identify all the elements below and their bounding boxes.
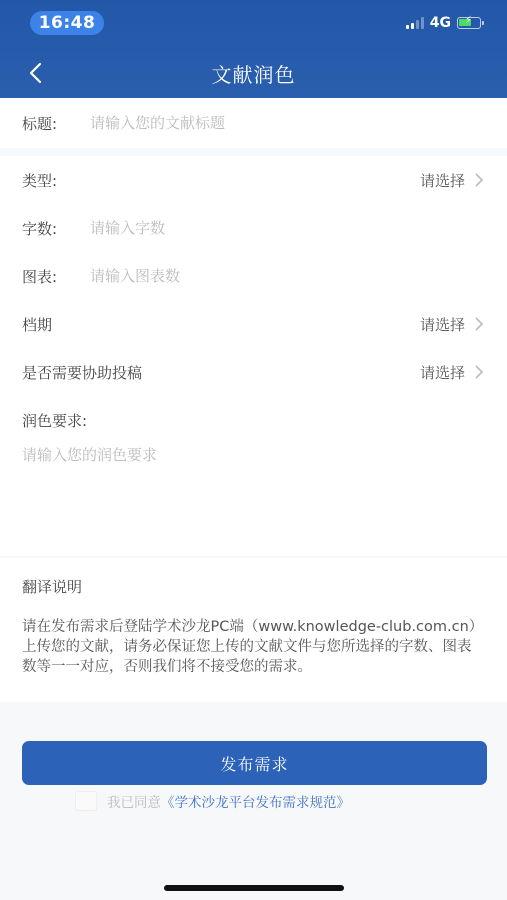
status-indicators: 4G ⚡ [406,14,481,32]
signal-icon [406,17,424,29]
type-row[interactable]: 类型: 请选择 [0,156,507,204]
nav-bar: 文献润色 [0,52,507,94]
requirements-label-row: 润色要求: [0,396,507,444]
schedule-value: 请选择 [420,314,465,335]
title-card: 标题: [0,98,507,148]
assist-submission-select[interactable]: 请选择 [420,362,485,383]
submit-request-button[interactable]: 发布需求 [22,741,487,785]
word-count-input[interactable] [90,219,507,237]
home-indicator[interactable] [164,885,344,891]
network-type: 4G [430,15,451,31]
chevron-right-icon [473,172,485,188]
requirements-wrap [0,444,507,538]
type-select[interactable]: 请选择 [420,170,485,191]
type-label: 类型: [22,170,90,191]
notice-card: 翻译说明 请在发布需求后登陆学术沙龙PC端（www.knowledge-club… [0,558,507,702]
requirements-textarea[interactable] [22,444,485,534]
chart-count-label: 图表: [22,266,90,287]
title-label: 标题: [22,113,90,134]
agreement-link[interactable]: 《学术沙龙平台发布需求规范》 [161,791,350,811]
schedule-label: 档期 [22,314,90,335]
word-count-label: 字数: [22,218,90,239]
status-bar: 16:48 4G ⚡ [0,10,507,36]
type-value: 请选择 [420,170,465,191]
chevron-right-icon [473,364,485,380]
status-time: 16:48 [30,11,104,35]
assist-submission-row[interactable]: 是否需要协助投稿 请选择 [0,348,507,396]
page-title: 文献润色 [0,59,507,88]
details-card: 类型: 请选择 字数: 图表: 档期 请选择 是否需要协助投稿 请选择 润色要求… [0,156,507,556]
notice-title: 翻译说明 [0,558,507,597]
agree-text: 我已同意 [107,791,161,811]
chart-count-input[interactable] [90,267,507,285]
schedule-row[interactable]: 档期 请选择 [0,300,507,348]
chevron-right-icon [473,316,485,332]
notice-body: 请在发布需求后登陆学术沙龙PC端（www.knowledge-club.com.… [0,597,507,677]
title-input[interactable] [90,114,507,132]
requirements-label: 润色要求: [22,410,90,431]
assist-submission-value: 请选择 [420,362,465,383]
header: 16:48 4G ⚡ 文献润色 [0,0,507,98]
agree-checkbox[interactable] [75,791,97,811]
agreement-row: 我已同意 《学术沙龙平台发布需求规范》 [75,791,350,811]
chart-count-row: 图表: [0,252,507,300]
title-row: 标题: [0,98,507,148]
word-count-row: 字数: [0,204,507,252]
battery-charging-icon: ⚡ [457,17,481,29]
assist-submission-label: 是否需要协助投稿 [22,362,142,383]
schedule-select[interactable]: 请选择 [420,314,485,335]
